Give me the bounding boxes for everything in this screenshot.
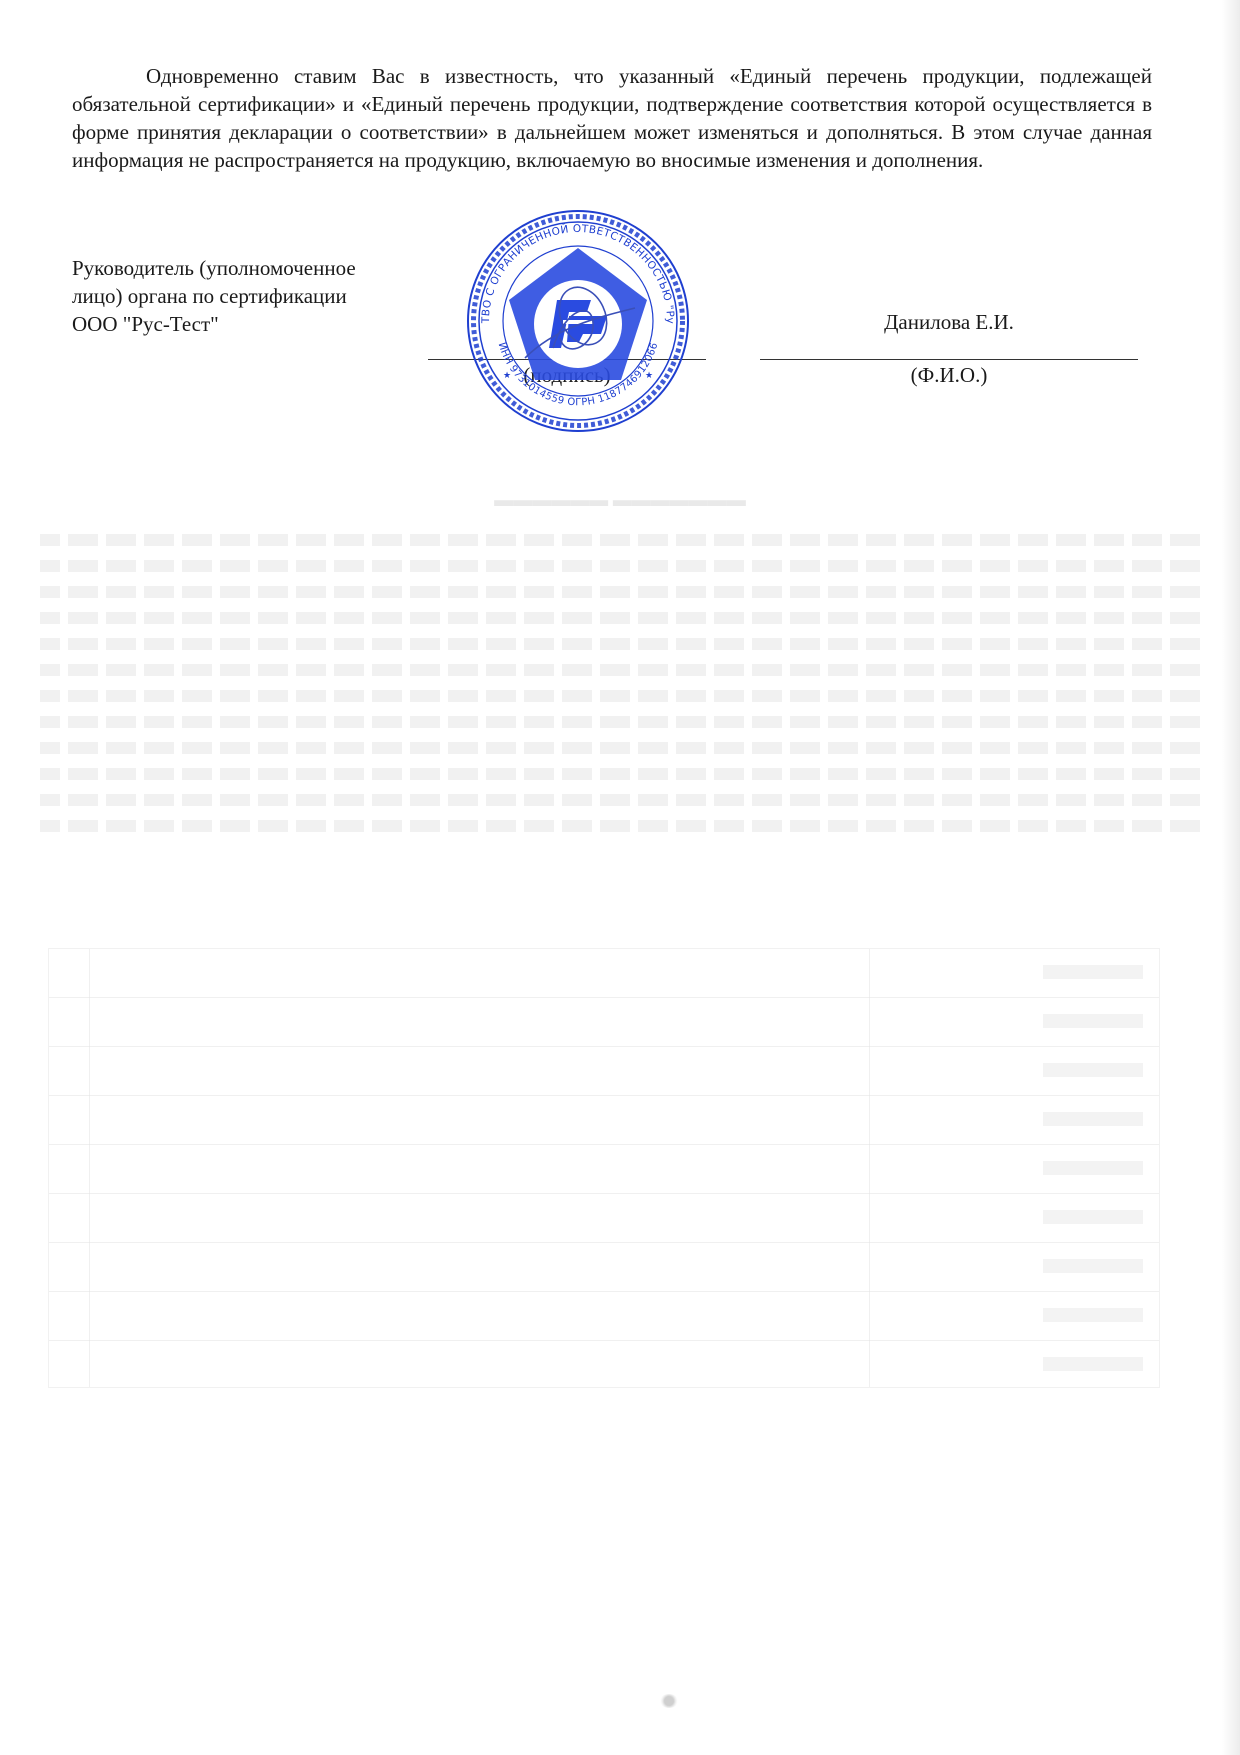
- name-line: [760, 359, 1138, 360]
- reverse-side-bleed-text: [40, 520, 1200, 910]
- reverse-side-bleed-table: [48, 948, 1160, 1388]
- signer-role-line-1: Руководитель (уполномоченное: [72, 254, 432, 282]
- signer-name: Данилова Е.И.: [760, 308, 1138, 336]
- signer-role-line-3: ООО "Рус-Тест": [72, 310, 432, 338]
- reverse-side-bleed-title: ▬▬▬▬▬▬▬ ▬▬▬▬▬▬: [40, 488, 1200, 514]
- stamp-seal-icon: ОБЩЕСТВО С ОГРАНИЧЕННОЙ ОТВЕТСТВЕННОСТЬЮ…: [465, 208, 691, 434]
- signer-role: Руководитель (уполномоченное лицо) орган…: [72, 254, 432, 338]
- paper-smudge: [660, 1694, 678, 1708]
- signer-role-line-2: лицо) органа по сертификации: [72, 282, 432, 310]
- notice-paragraph: Одновременно ставим Вас в известность, ч…: [72, 62, 1152, 174]
- name-caption: (Ф.И.О.): [760, 362, 1138, 388]
- svg-text:★: ★: [645, 370, 653, 380]
- page-edge-shadow: [1222, 0, 1240, 1755]
- company-stamp: ОБЩЕСТВО С ОГРАНИЧЕННОЙ ОТВЕТСТВЕННОСТЬЮ…: [465, 208, 691, 434]
- svg-text:★: ★: [503, 370, 511, 380]
